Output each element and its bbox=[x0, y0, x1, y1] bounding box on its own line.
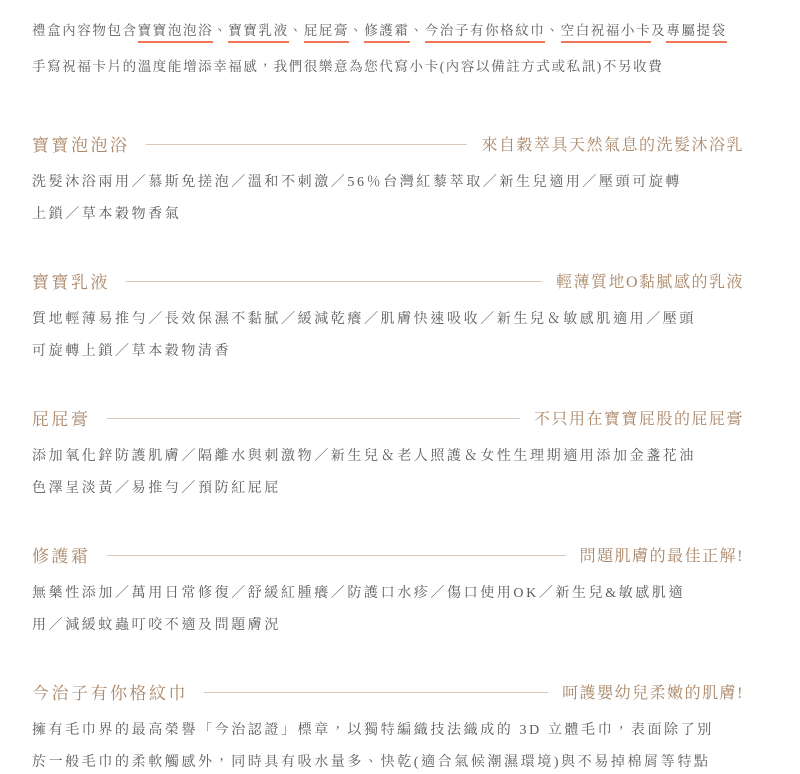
feature-list: 添加氧化鋅防護肌膚／隔離水與刺激物／新生兒＆老人照護＆女性生理期適用添加金盞花油… bbox=[32, 441, 744, 505]
gift-item-diaper-cream: 屁屁膏 bbox=[304, 23, 349, 43]
separator: 及 bbox=[651, 23, 666, 38]
feature-line: 可旋轉上鎖／草本穀物清香 bbox=[32, 336, 744, 368]
separator: 、 bbox=[410, 23, 425, 38]
section-tagline: 輕薄質地O黏膩感的乳液 bbox=[556, 269, 744, 292]
section-tagline: 不只用在寶寶屁股的屁屁膏 bbox=[534, 406, 744, 429]
gift-item-tote-bag: 專屬提袋 bbox=[666, 23, 726, 43]
feature-line: 擁有毛巾界的最高榮譽「今治認證」標章，以獨特編織技法織成的 3D 立體毛巾，表面… bbox=[32, 715, 744, 747]
section-repair-cream: 修護霜 問題肌膚的最佳正解! 無藥性添加／萬用日常修復／舒緩紅腫癢／防護口水疹／… bbox=[32, 542, 744, 642]
feature-list: 質地輕薄易推勻／長效保濕不黏膩／緩減乾癢／肌膚快速吸收／新生兒＆敏感肌適用／壓頭… bbox=[32, 304, 744, 368]
section-header: 修護霜 問題肌膚的最佳正解! bbox=[32, 542, 744, 567]
section-tagline: 呵護嬰幼兒柔嫩的肌膚! bbox=[562, 680, 744, 703]
separator: 、 bbox=[545, 23, 560, 38]
separator: 、 bbox=[213, 23, 228, 38]
separator: 、 bbox=[289, 23, 304, 38]
section-header: 屁屁膏 不只用在寶寶屁股的屁屁膏 bbox=[32, 405, 744, 430]
section-header: 今治子有你格紋巾 呵護嬰幼兒柔嫩的肌膚! bbox=[32, 679, 744, 704]
feature-line: 無藥性添加／萬用日常修復／舒緩紅腫癢／防護口水疹／傷口使用OK／新生兒&敏感肌適 bbox=[32, 578, 744, 610]
section-title: 屁屁膏 bbox=[32, 405, 91, 430]
gift-box-contents-line: 禮盒內容物包含寶寶泡泡浴、寶寶乳液、屁屁膏、修護霜、今治子有你格紋巾、空白祝福小… bbox=[32, 13, 744, 49]
feature-line: 用／減緩蚊蟲叮咬不適及問題膚況 bbox=[32, 610, 744, 642]
section-lotion: 寶寶乳液 輕薄質地O黏膩感的乳液 質地輕薄易推勻／長效保濕不黏膩／緩減乾癢／肌膚… bbox=[32, 268, 744, 368]
section-title: 修護霜 bbox=[32, 542, 91, 567]
section-bubble-bath: 寶寶泡泡浴 來自穀萃具天然氣息的洗髮沐浴乳 洗髮沐浴兩用／慕斯免搓泡／溫和不刺激… bbox=[32, 131, 744, 231]
divider-line bbox=[107, 555, 566, 556]
gift-item-lotion: 寶寶乳液 bbox=[228, 23, 288, 43]
intro-prefix: 禮盒內容物包含 bbox=[32, 23, 138, 38]
feature-list: 擁有毛巾界的最高榮譽「今治認證」標章，以獨特編織技法織成的 3D 立體毛巾，表面… bbox=[32, 715, 744, 774]
gift-item-bubble-bath: 寶寶泡泡浴 bbox=[138, 23, 214, 43]
feature-line: 洗髮沐浴兩用／慕斯免搓泡／溫和不刺激／56％台灣紅藜萃取／新生兒適用／壓頭可旋轉 bbox=[32, 167, 744, 199]
gift-item-blank-card: 空白祝福小卡 bbox=[561, 23, 652, 43]
feature-line: 色澤呈淡黃／易推勻／預防紅屁屁 bbox=[32, 473, 744, 505]
feature-line: 質地輕薄易推勻／長效保濕不黏膩／緩減乾癢／肌膚快速吸收／新生兒＆敏感肌適用／壓頭 bbox=[32, 304, 744, 336]
feature-list: 無藥性添加／萬用日常修復／舒緩紅腫癢／防護口水疹／傷口使用OK／新生兒&敏感肌適… bbox=[32, 578, 744, 642]
section-title: 今治子有你格紋巾 bbox=[32, 679, 188, 704]
feature-line: 於一般毛巾的柔軟觸感外，同時具有吸水量多、快乾(適合氣候潮濕環境)與不易掉棉屑等… bbox=[32, 747, 744, 774]
divider-line bbox=[146, 144, 468, 145]
divider-line bbox=[107, 418, 520, 419]
section-tagline: 來自穀萃具天然氣息的洗髮沐浴乳 bbox=[481, 132, 744, 155]
section-header: 寶寶乳液 輕薄質地O黏膩感的乳液 bbox=[32, 268, 744, 293]
gift-item-repair-cream: 修護霜 bbox=[364, 23, 409, 43]
section-diaper-cream: 屁屁膏 不只用在寶寶屁股的屁屁膏 添加氧化鋅防護肌膚／隔離水與刺激物／新生兒＆老… bbox=[32, 405, 744, 505]
divider-line bbox=[126, 281, 542, 282]
section-tagline: 問題肌膚的最佳正解! bbox=[580, 543, 744, 566]
divider-line bbox=[204, 692, 548, 693]
handwritten-card-note: 手寫祝福卡片的溫度能增添幸福感，我們很樂意為您代寫小卡(內容以備註方式或私訊)不… bbox=[32, 49, 744, 85]
section-title: 寶寶泡泡浴 bbox=[32, 131, 130, 156]
section-title: 寶寶乳液 bbox=[32, 268, 110, 293]
section-imabari-towel: 今治子有你格紋巾 呵護嬰幼兒柔嫩的肌膚! 擁有毛巾界的最高榮譽「今治認證」標章，… bbox=[32, 679, 744, 774]
product-description-page: 禮盒內容物包含寶寶泡泡浴、寶寶乳液、屁屁膏、修護霜、今治子有你格紋巾、空白祝福小… bbox=[0, 0, 800, 774]
separator: 、 bbox=[349, 23, 364, 38]
feature-line: 上鎖／草本穀物香氣 bbox=[32, 199, 744, 231]
feature-line: 添加氧化鋅防護肌膚／隔離水與刺激物／新生兒＆老人照護＆女性生理期適用添加金盞花油 bbox=[32, 441, 744, 473]
gift-item-imabari-towel: 今治子有你格紋巾 bbox=[425, 23, 546, 43]
feature-list: 洗髮沐浴兩用／慕斯免搓泡／溫和不刺激／56％台灣紅藜萃取／新生兒適用／壓頭可旋轉… bbox=[32, 167, 744, 231]
section-header: 寶寶泡泡浴 來自穀萃具天然氣息的洗髮沐浴乳 bbox=[32, 131, 744, 156]
